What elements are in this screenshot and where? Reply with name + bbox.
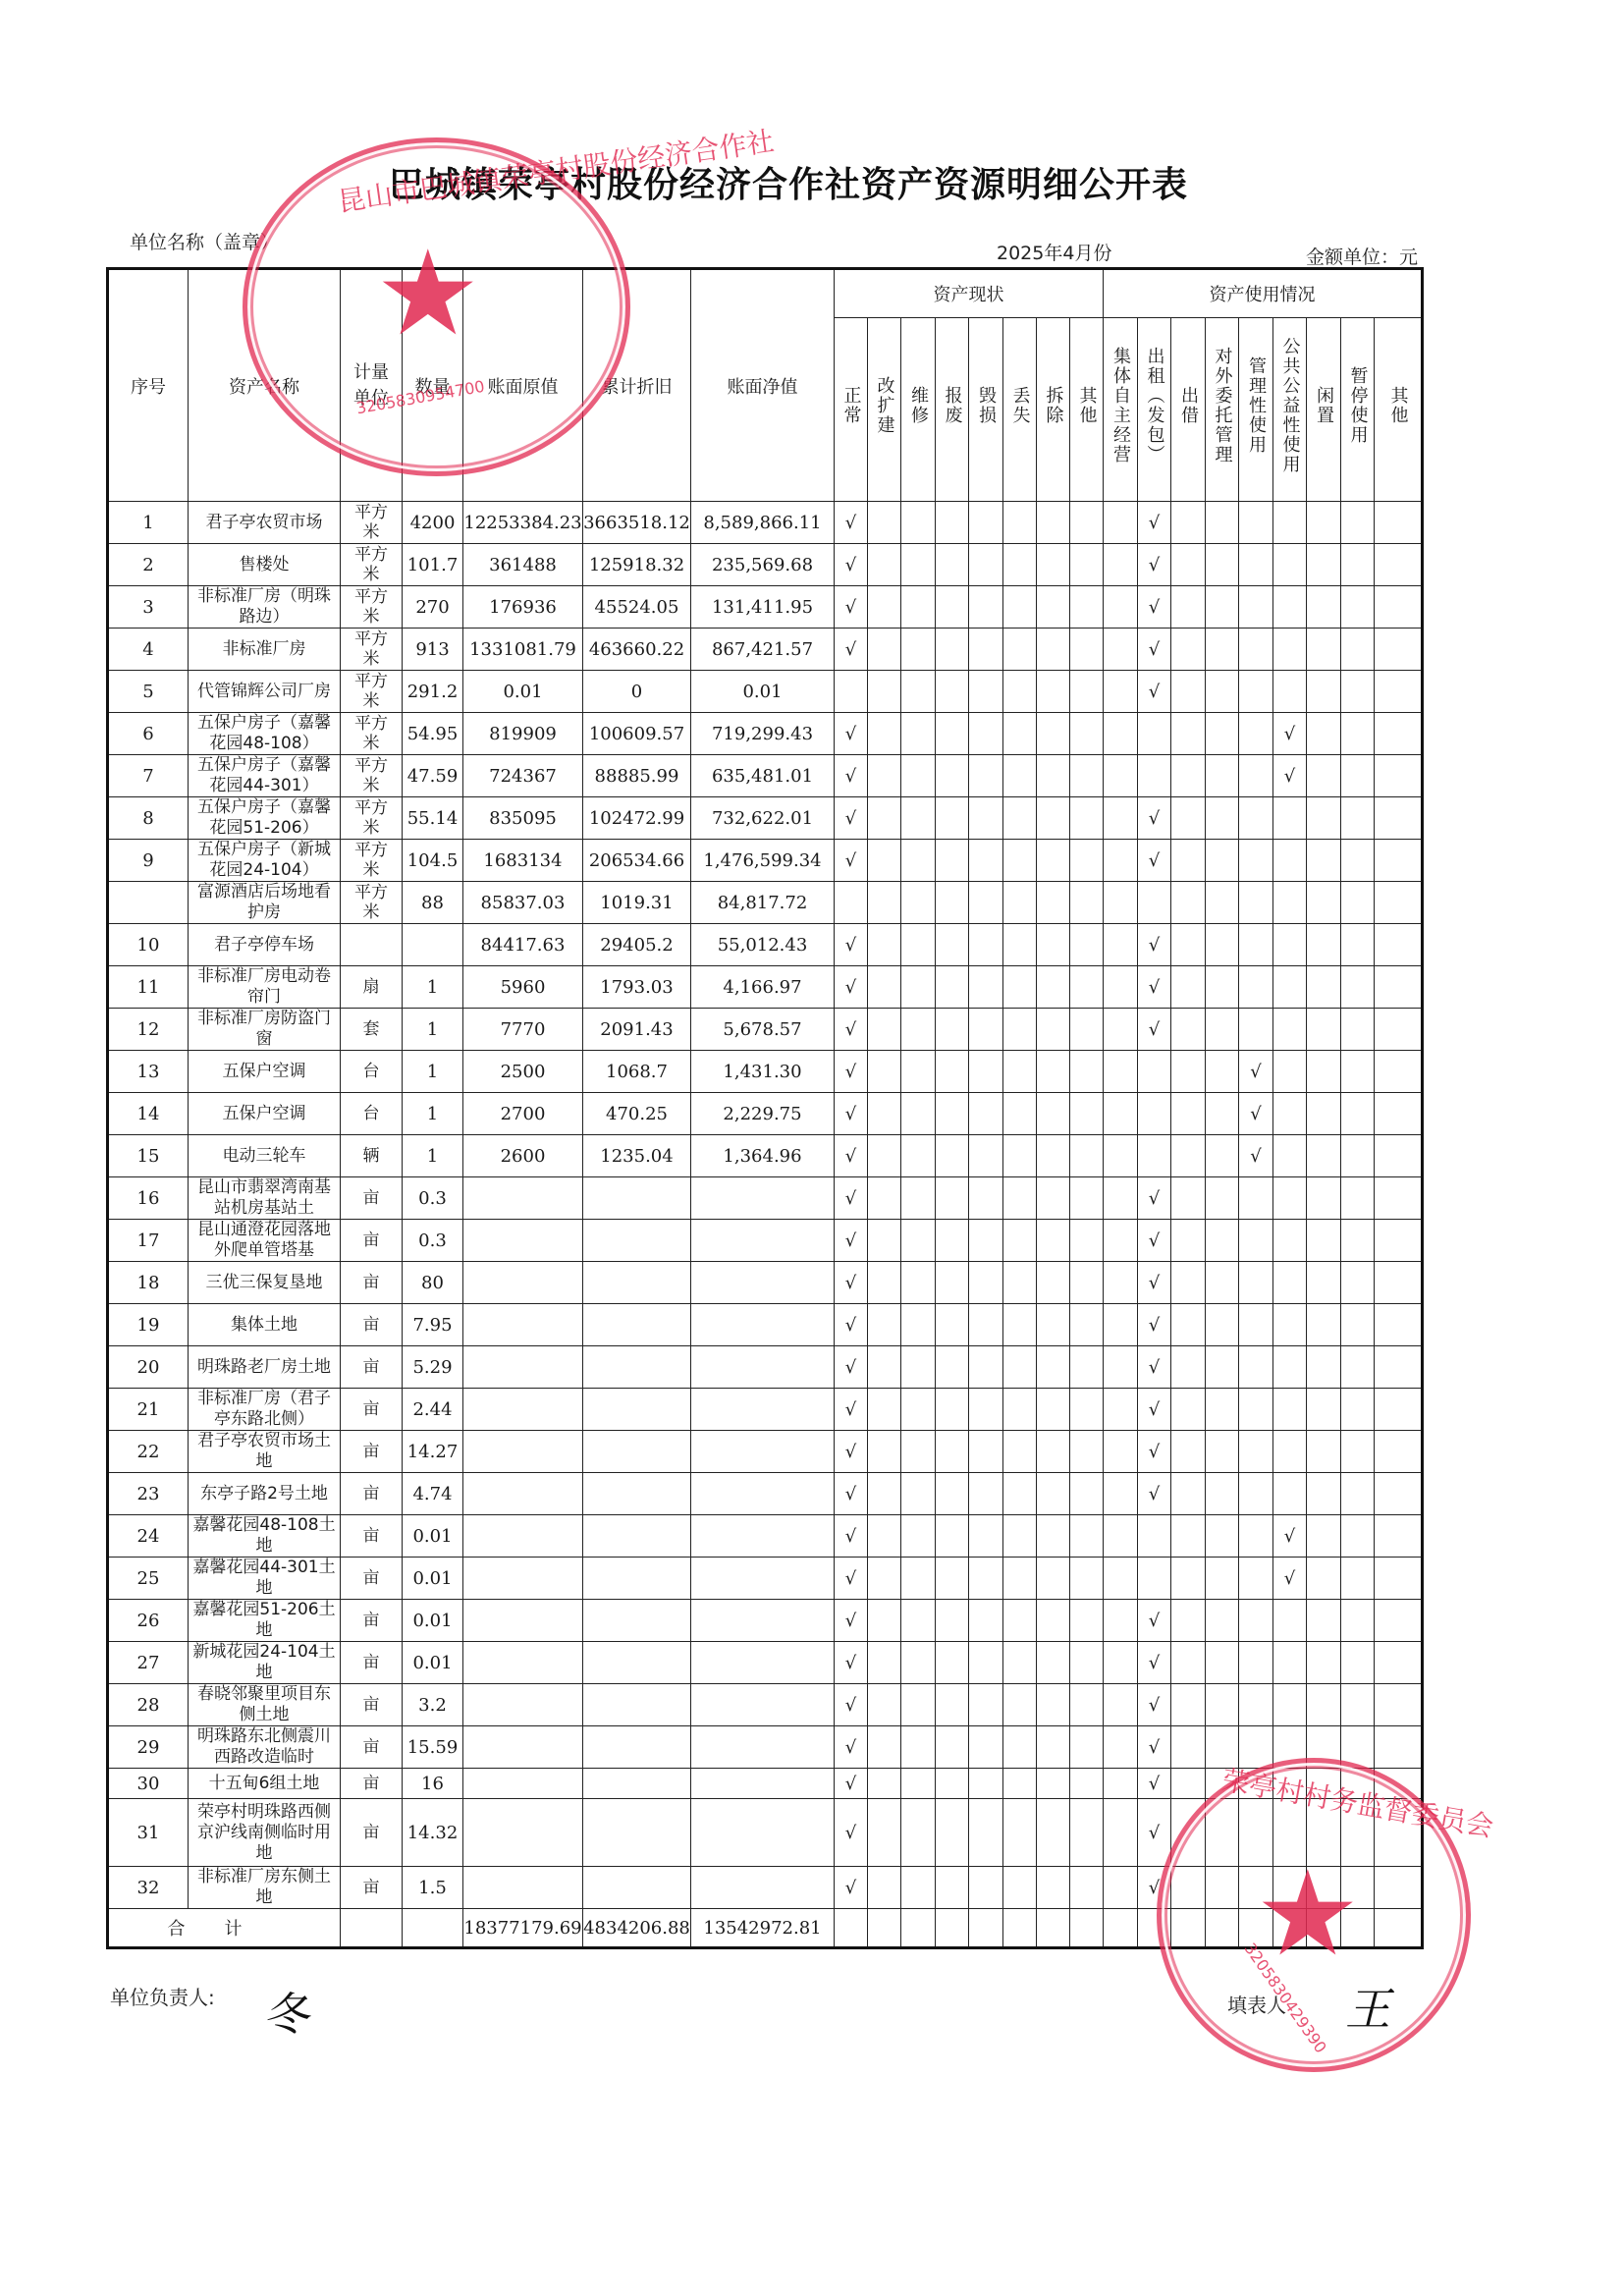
cell-book-value: 819909 [463, 713, 583, 755]
check-cell [1037, 1769, 1070, 1799]
cell-qty: 101.7 [403, 544, 463, 586]
check-cell [936, 1389, 969, 1431]
cell-book-value: 2500 [463, 1051, 583, 1093]
check-cell [1104, 671, 1138, 713]
unit-value: 亩 [352, 1230, 391, 1250]
check-cell [1239, 797, 1273, 840]
cell-name: 五保户空调 [189, 1093, 341, 1135]
check-cell [868, 1009, 901, 1051]
check-cell [1003, 1642, 1037, 1684]
cell-qty: 0.3 [403, 1177, 463, 1220]
check-cell [868, 1684, 901, 1726]
check-cell [1171, 1262, 1206, 1304]
col-header-label: 闲置 [1311, 386, 1336, 425]
check-cell [1375, 1177, 1423, 1220]
col-status-6: 拆除 [1037, 318, 1070, 502]
check-cell [1171, 1684, 1206, 1726]
check-cell [868, 713, 901, 755]
check-cell: √ [835, 1600, 868, 1642]
col-usage-16: 其他 [1375, 318, 1423, 502]
check-cell [1341, 1431, 1375, 1473]
cell-seq: 6 [108, 713, 189, 755]
check-cell [1307, 1262, 1341, 1304]
cell-unit: 亩 [341, 1642, 403, 1684]
check-cell [969, 671, 1003, 713]
col-header-label: 丢失 [1007, 386, 1033, 425]
check-cell [969, 1304, 1003, 1346]
check-mark-icon: √ [1149, 935, 1160, 956]
check-cell [868, 1473, 901, 1515]
check-cell [969, 1431, 1003, 1473]
cell-seq: 26 [108, 1600, 189, 1642]
col-net-value: 账面净值 [691, 269, 835, 502]
check-cell [1307, 1389, 1341, 1431]
check-cell [1104, 502, 1138, 544]
cell-depreciation [583, 1642, 691, 1684]
check-cell [868, 544, 901, 586]
unit-value: 亩 [352, 1611, 391, 1630]
col-status-7: 其他 [1070, 318, 1104, 502]
asset-name: 五保户房子（嘉馨花园51-206） [189, 797, 340, 839]
check-cell [868, 1558, 901, 1600]
check-cell [868, 1642, 901, 1684]
check-cell: √ [1138, 1799, 1171, 1867]
check-cell [1375, 924, 1423, 966]
check-cell [868, 797, 901, 840]
check-cell: √ [835, 755, 868, 797]
check-cell [1104, 1051, 1138, 1093]
check-cell [1273, 586, 1307, 629]
check-cell [1104, 1684, 1138, 1726]
check-mark-icon: √ [845, 1315, 856, 1336]
check-mark-icon: √ [845, 1399, 856, 1420]
cell-unit: 亩 [341, 1177, 403, 1220]
check-cell [1037, 1600, 1070, 1642]
check-cell: √ [835, 1799, 868, 1867]
check-mark-icon: √ [1149, 1188, 1160, 1209]
cell-name: 三优三保复垦地 [189, 1262, 341, 1304]
check-cell [1138, 1558, 1171, 1600]
check-cell [901, 713, 936, 755]
check-cell [1375, 840, 1423, 882]
col-header-label: 出借 [1175, 386, 1201, 425]
check-cell [1138, 713, 1171, 755]
check-cell [1307, 1473, 1341, 1515]
cell-qty: 2.44 [403, 1389, 463, 1431]
cell-depreciation [583, 1473, 691, 1515]
check-cell [1273, 1431, 1307, 1473]
check-cell [901, 1220, 936, 1262]
check-cell [1003, 1177, 1037, 1220]
col-seq: 序号 [108, 269, 189, 502]
cell-net-value: 131,411.95 [691, 586, 835, 629]
check-cell [936, 1515, 969, 1558]
cooperative-seal: 昆山市巴城镇荣亭村股份经济合作社 ★ 3205830954700 [243, 137, 630, 476]
check-cell [1003, 966, 1037, 1009]
table-row: 20明珠路老厂房土地亩5.29√√ [108, 1346, 1423, 1389]
check-cell [1239, 1177, 1273, 1220]
check-cell [1375, 1726, 1423, 1769]
check-cell [1341, 882, 1375, 924]
check-cell [868, 1600, 901, 1642]
check-cell [1171, 1009, 1206, 1051]
check-cell [1037, 671, 1070, 713]
col-status-1: 改扩建 [868, 318, 901, 502]
cell-book-value: 176936 [463, 586, 583, 629]
check-cell [969, 1515, 1003, 1558]
check-cell [1307, 1431, 1341, 1473]
unit-value: 平方米 [352, 883, 391, 922]
check-cell [1273, 1093, 1307, 1135]
check-cell [901, 966, 936, 1009]
check-cell [1341, 1389, 1375, 1431]
unit-value: 亩 [352, 1774, 391, 1793]
cell-qty: 80 [403, 1262, 463, 1304]
check-cell [1307, 1135, 1341, 1177]
table-row: 24嘉馨花园48-108土地亩0.01√√ [108, 1515, 1423, 1558]
check-cell [1171, 1558, 1206, 1600]
check-cell [1070, 1515, 1104, 1558]
check-cell [868, 966, 901, 1009]
check-cell [1341, 1346, 1375, 1389]
check-cell [1307, 586, 1341, 629]
check-cell [1171, 586, 1206, 629]
table-row: 27新城花园24-104土地亩0.01√√ [108, 1642, 1423, 1684]
check-cell [1171, 966, 1206, 1009]
check-cell [1307, 797, 1341, 840]
col-header-label: 拆除 [1041, 386, 1066, 425]
cell-name: 嘉馨花园44-301土地 [189, 1558, 341, 1600]
check-cell [1273, 629, 1307, 671]
check-cell [1273, 1262, 1307, 1304]
check-cell [1375, 586, 1423, 629]
check-cell: √ [835, 1177, 868, 1220]
check-cell: √ [835, 1220, 868, 1262]
table-row: 13五保户空调台125001068.71,431.30√√ [108, 1051, 1423, 1093]
asset-name: 君子亭停车场 [189, 935, 340, 956]
check-cell: √ [835, 966, 868, 1009]
table-row: 富源酒店后场地看护房平方米8885837.031019.3184,817.72 [108, 882, 1423, 924]
cell-net-value [691, 1726, 835, 1769]
cell-book-value [463, 1262, 583, 1304]
cell-net-value [691, 1262, 835, 1304]
check-cell [835, 882, 868, 924]
check-cell [969, 1799, 1003, 1867]
asset-name: 嘉馨花园51-206土地 [189, 1600, 340, 1641]
check-cell: √ [1138, 1769, 1171, 1799]
check-cell: √ [1138, 544, 1171, 586]
check-cell [1307, 840, 1341, 882]
asset-name: 三优三保复垦地 [189, 1273, 340, 1293]
cell-unit: 台 [341, 1093, 403, 1135]
cell-qty: 15.59 [403, 1726, 463, 1769]
check-cell [1003, 713, 1037, 755]
asset-name: 春晓邻聚里项目东侧土地 [189, 1684, 340, 1725]
check-cell [1375, 1473, 1423, 1515]
check-cell [969, 1262, 1003, 1304]
check-cell [868, 1389, 901, 1431]
col-status-3: 报废 [936, 318, 969, 502]
check-cell [969, 1009, 1003, 1051]
check-cell: √ [1273, 755, 1307, 797]
check-cell [1104, 840, 1138, 882]
check-cell: √ [1239, 1135, 1273, 1177]
check-cell [1003, 882, 1037, 924]
check-cell [1273, 1135, 1307, 1177]
check-cell [1206, 1262, 1239, 1304]
check-cell [1206, 713, 1239, 755]
asset-table: 序号 资产名称 计量单位 数量 账面原值 累计折旧 账面净值 资产现状 资产使用… [106, 267, 1424, 1949]
check-cell [969, 840, 1003, 882]
check-cell [1307, 544, 1341, 586]
cell-qty: 0.01 [403, 1642, 463, 1684]
check-cell [868, 882, 901, 924]
check-mark-icon: √ [845, 808, 856, 829]
check-cell [1206, 1051, 1239, 1093]
check-cell [1307, 1304, 1341, 1346]
check-cell [1171, 1304, 1206, 1346]
check-cell [1341, 1220, 1375, 1262]
check-cell [1003, 1558, 1037, 1600]
check-cell [1070, 882, 1104, 924]
total-depreciation: 4834206.88 [583, 1909, 691, 1948]
check-cell [1037, 1684, 1070, 1726]
check-cell [1070, 1769, 1104, 1799]
check-cell [868, 1093, 901, 1135]
check-cell [1104, 1346, 1138, 1389]
check-cell [1138, 755, 1171, 797]
check-cell [1037, 544, 1070, 586]
unit-value: 平方米 [352, 841, 391, 880]
cell-net-value [691, 1642, 835, 1684]
cell-net-value: 0.01 [691, 671, 835, 713]
unit-value: 亩 [352, 1273, 391, 1292]
check-cell [868, 671, 901, 713]
check-cell [1037, 1304, 1070, 1346]
check-cell [1037, 1346, 1070, 1389]
check-cell [936, 882, 969, 924]
check-cell [1273, 924, 1307, 966]
check-cell [901, 671, 936, 713]
check-mark-icon: √ [1284, 766, 1295, 787]
asset-name: 昆山市翡翠湾南基站机房基站土 [189, 1177, 340, 1219]
check-cell [1239, 1009, 1273, 1051]
check-cell [1070, 1051, 1104, 1093]
check-cell [936, 1177, 969, 1220]
check-cell: √ [835, 797, 868, 840]
check-cell [1037, 1799, 1070, 1867]
cell-seq: 18 [108, 1262, 189, 1304]
check-cell [1037, 1220, 1070, 1262]
check-cell [1003, 671, 1037, 713]
check-cell [1037, 1051, 1070, 1093]
check-cell [1307, 882, 1341, 924]
cell-net-value [691, 1346, 835, 1389]
cell-depreciation [583, 1558, 691, 1600]
check-mark-icon: √ [845, 1526, 856, 1547]
check-cell: √ [835, 629, 868, 671]
check-mark-icon: √ [1250, 1146, 1261, 1167]
cell-unit: 亩 [341, 1867, 403, 1909]
cell-depreciation [583, 1515, 691, 1558]
check-cell: √ [1239, 1051, 1273, 1093]
check-cell [901, 544, 936, 586]
cell-name: 非标准厂房（明珠路边） [189, 586, 341, 629]
col-header-label: 维修 [905, 386, 931, 425]
check-mark-icon: √ [845, 766, 856, 787]
check-cell [868, 1431, 901, 1473]
check-mark-icon: √ [1149, 682, 1160, 702]
check-cell [1206, 1515, 1239, 1558]
check-cell [1171, 1473, 1206, 1515]
cell-book-value [463, 1304, 583, 1346]
col-header-label: 管理性使用 [1243, 356, 1269, 455]
cell-unit: 亩 [341, 1558, 403, 1600]
asset-name: 非标准厂房（君子亭东路北侧） [189, 1389, 340, 1430]
cell-seq: 13 [108, 1051, 189, 1093]
cell-depreciation [583, 1799, 691, 1867]
check-cell [1003, 544, 1037, 586]
check-cell [1171, 713, 1206, 755]
check-mark-icon: √ [845, 850, 856, 871]
check-cell [1375, 1431, 1423, 1473]
cell-seq: 8 [108, 797, 189, 840]
cell-book-value [463, 1867, 583, 1909]
check-cell [969, 1389, 1003, 1431]
cell-net-value [691, 1867, 835, 1909]
check-cell: √ [1138, 1346, 1171, 1389]
cell-net-value: 1,476,599.34 [691, 840, 835, 882]
check-cell [1375, 1051, 1423, 1093]
check-cell [901, 1431, 936, 1473]
check-cell [1070, 1558, 1104, 1600]
cell-seq: 1 [108, 502, 189, 544]
cell-unit: 亩 [341, 1799, 403, 1867]
check-cell: √ [1138, 966, 1171, 1009]
cell-seq: 3 [108, 586, 189, 629]
unit-value: 亩 [352, 1357, 391, 1377]
cell-seq: 9 [108, 840, 189, 882]
check-cell [1171, 1220, 1206, 1262]
check-cell [1003, 502, 1037, 544]
cell-seq: 15 [108, 1135, 189, 1177]
check-cell [1104, 1515, 1138, 1558]
check-mark-icon: √ [1149, 555, 1160, 575]
check-cell [1037, 1473, 1070, 1515]
empty-cell [936, 1909, 969, 1948]
check-cell [901, 1304, 936, 1346]
check-cell [901, 1262, 936, 1304]
cell-unit: 平方米 [341, 502, 403, 544]
check-cell [1037, 1642, 1070, 1684]
cell-unit: 亩 [341, 1304, 403, 1346]
cell-book-value: 0.01 [463, 671, 583, 713]
check-cell [868, 502, 901, 544]
check-cell [1307, 755, 1341, 797]
check-cell [868, 1220, 901, 1262]
check-cell [901, 1389, 936, 1431]
table-row: 12非标准厂房防盗门窗套177702091.435,678.57√√ [108, 1009, 1423, 1051]
check-cell [936, 1642, 969, 1684]
check-cell: √ [835, 1009, 868, 1051]
check-cell [1375, 882, 1423, 924]
check-cell [1206, 544, 1239, 586]
col-header-label: 公共公益性使用 [1277, 337, 1303, 474]
check-cell [969, 882, 1003, 924]
unit-value: 亩 [352, 1737, 391, 1757]
check-cell [1375, 1558, 1423, 1600]
cell-depreciation [583, 1346, 691, 1389]
check-cell [1375, 1515, 1423, 1558]
cell-depreciation [583, 1684, 691, 1726]
cell-seq: 16 [108, 1177, 189, 1220]
unit-value: 亩 [352, 1315, 391, 1335]
col-status-2: 维修 [901, 318, 936, 502]
check-cell [1070, 1135, 1104, 1177]
cell-qty: 16 [403, 1769, 463, 1799]
cell-book-value: 1683134 [463, 840, 583, 882]
cell-qty: 1 [403, 1051, 463, 1093]
cell-book-value [463, 1431, 583, 1473]
cell-net-value: 5,678.57 [691, 1009, 835, 1051]
check-cell: √ [835, 840, 868, 882]
check-cell [1206, 1600, 1239, 1642]
check-cell [1307, 502, 1341, 544]
check-cell [1171, 1346, 1206, 1389]
col-usage-8: 集体自主经营 [1104, 318, 1138, 502]
check-cell [1104, 586, 1138, 629]
cell-qty: 4.74 [403, 1473, 463, 1515]
leader-signature: 冬 [263, 1979, 308, 2044]
check-cell [1341, 1304, 1375, 1346]
cell-depreciation: 1068.7 [583, 1051, 691, 1093]
asset-name: 集体土地 [189, 1315, 340, 1336]
check-cell [1003, 1389, 1037, 1431]
check-cell [1206, 502, 1239, 544]
check-mark-icon: √ [1284, 1526, 1295, 1547]
check-cell: √ [1138, 671, 1171, 713]
check-cell: √ [1273, 1515, 1307, 1558]
table-row: 4非标准厂房平方米9131331081.79463660.22867,421.5… [108, 629, 1423, 671]
check-cell [1003, 1346, 1037, 1389]
check-cell [901, 1600, 936, 1642]
check-cell [1239, 1431, 1273, 1473]
check-cell [1273, 840, 1307, 882]
check-cell: √ [835, 1726, 868, 1769]
cell-net-value: 84,817.72 [691, 882, 835, 924]
cell-book-value [463, 1220, 583, 1262]
cell-seq: 30 [108, 1769, 189, 1799]
check-mark-icon: √ [845, 1484, 856, 1504]
check-cell [901, 882, 936, 924]
check-cell [1104, 1867, 1138, 1909]
check-cell [868, 1177, 901, 1220]
cell-qty: 1.5 [403, 1867, 463, 1909]
check-cell [1070, 924, 1104, 966]
check-cell [1239, 671, 1273, 713]
cell-depreciation: 2091.43 [583, 1009, 691, 1051]
cell-unit: 平方米 [341, 755, 403, 797]
check-cell [969, 1220, 1003, 1262]
cell-book-value: 2600 [463, 1135, 583, 1177]
cell-net-value: 1,364.96 [691, 1135, 835, 1177]
check-cell [1341, 629, 1375, 671]
asset-name: 荣亭村明珠路西侧京沪线南侧临时用地 [189, 1802, 340, 1864]
cell-seq: 24 [108, 1515, 189, 1558]
table-row: 3非标准厂房（明珠路边）平方米27017693645524.05131,411.… [108, 586, 1423, 629]
check-cell [1273, 671, 1307, 713]
check-cell [1171, 671, 1206, 713]
